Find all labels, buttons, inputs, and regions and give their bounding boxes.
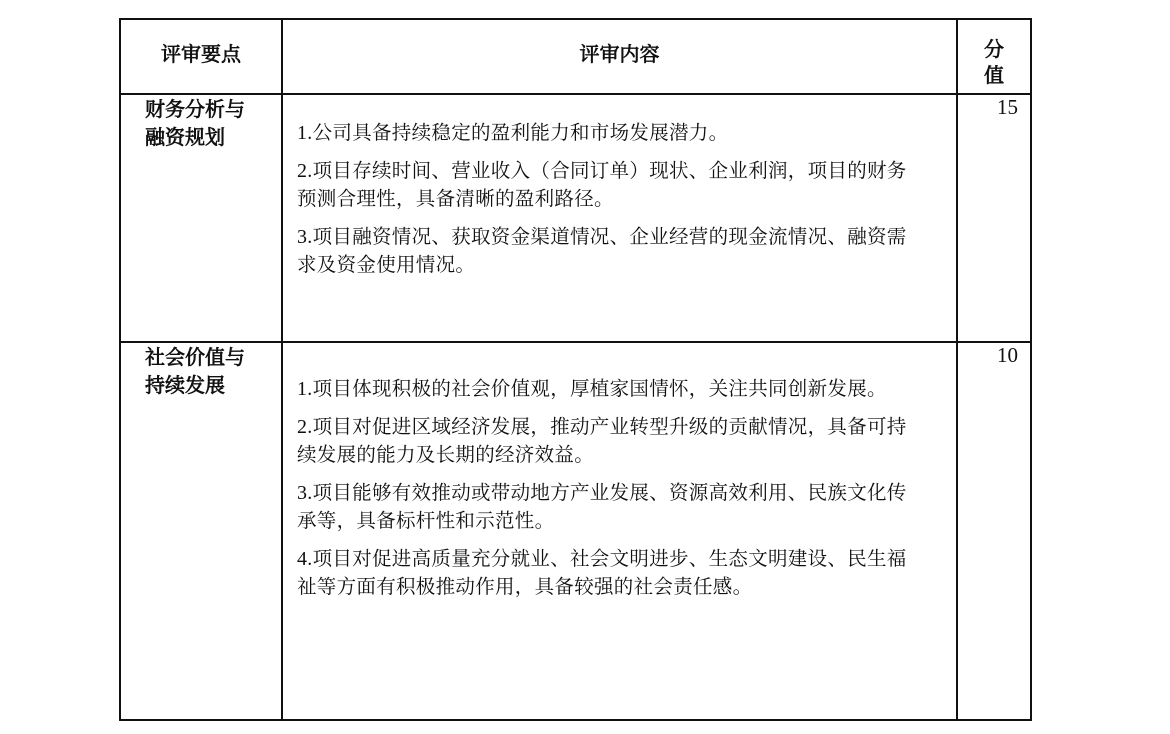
document-page: 评审要点 评审内容 分值 财务分析与融资规划 1.公司具备持续稳定的盈利能力和市… <box>0 0 1170 734</box>
score-value: 10 <box>958 343 1030 368</box>
criteria-list: 1.公司具备持续稳定的盈利能力和市场发展潜力。 2.项目存续时间、营业收入（合同… <box>283 95 956 279</box>
row-score: 10 <box>957 342 1031 720</box>
header-score: 分值 <box>957 19 1031 94</box>
evaluation-criteria-table: 评审要点 评审内容 分值 财务分析与融资规划 1.公司具备持续稳定的盈利能力和市… <box>119 18 1032 721</box>
row-key-point: 社会价值与持续发展 <box>120 342 282 720</box>
header-score-label: 分值 <box>982 20 1006 88</box>
header-key-points-label: 评审要点 <box>121 20 281 67</box>
key-point-label: 财务分析与融资规划 <box>145 95 251 151</box>
header-content-label: 评审内容 <box>283 20 956 67</box>
row-content: 1.项目体现积极的社会价值观，厚植家国情怀，关注共同创新发展。 2.项目对促进区… <box>282 342 957 720</box>
table-row: 财务分析与融资规划 1.公司具备持续稳定的盈利能力和市场发展潜力。 2.项目存续… <box>120 94 1031 342</box>
row-content: 1.公司具备持续稳定的盈利能力和市场发展潜力。 2.项目存续时间、营业收入（合同… <box>282 94 957 342</box>
row-key-point: 财务分析与融资规划 <box>120 94 282 342</box>
header-content: 评审内容 <box>282 19 957 94</box>
criteria-item: 2.项目存续时间、营业收入（合同订单）现状、企业利润，项目的财务预测合理性，具备… <box>297 157 926 213</box>
table-row: 社会价值与持续发展 1.项目体现积极的社会价值观，厚植家国情怀，关注共同创新发展… <box>120 342 1031 720</box>
row-score: 15 <box>957 94 1031 342</box>
criteria-list: 1.项目体现积极的社会价值观，厚植家国情怀，关注共同创新发展。 2.项目对促进区… <box>283 343 956 601</box>
key-point-label: 社会价值与持续发展 <box>145 343 251 399</box>
criteria-item: 3.项目能够有效推动或带动地方产业发展、资源高效利用、民族文化传承等，具备标杆性… <box>297 479 926 535</box>
criteria-item: 1.公司具备持续稳定的盈利能力和市场发展潜力。 <box>297 119 926 147</box>
criteria-item: 3.项目融资情况、获取资金渠道情况、企业经营的现金流情况、融资需求及资金使用情况… <box>297 223 926 279</box>
header-key-points: 评审要点 <box>120 19 282 94</box>
criteria-item: 1.项目体现积极的社会价值观，厚植家国情怀，关注共同创新发展。 <box>297 375 926 403</box>
score-value: 15 <box>958 95 1030 120</box>
table-header-row: 评审要点 评审内容 分值 <box>120 19 1031 94</box>
criteria-item: 4.项目对促进高质量充分就业、社会文明进步、生态文明建设、民生福祉等方面有积极推… <box>297 545 926 601</box>
criteria-item: 2.项目对促进区域经济发展，推动产业转型升级的贡献情况，具备可持续发展的能力及长… <box>297 413 926 469</box>
